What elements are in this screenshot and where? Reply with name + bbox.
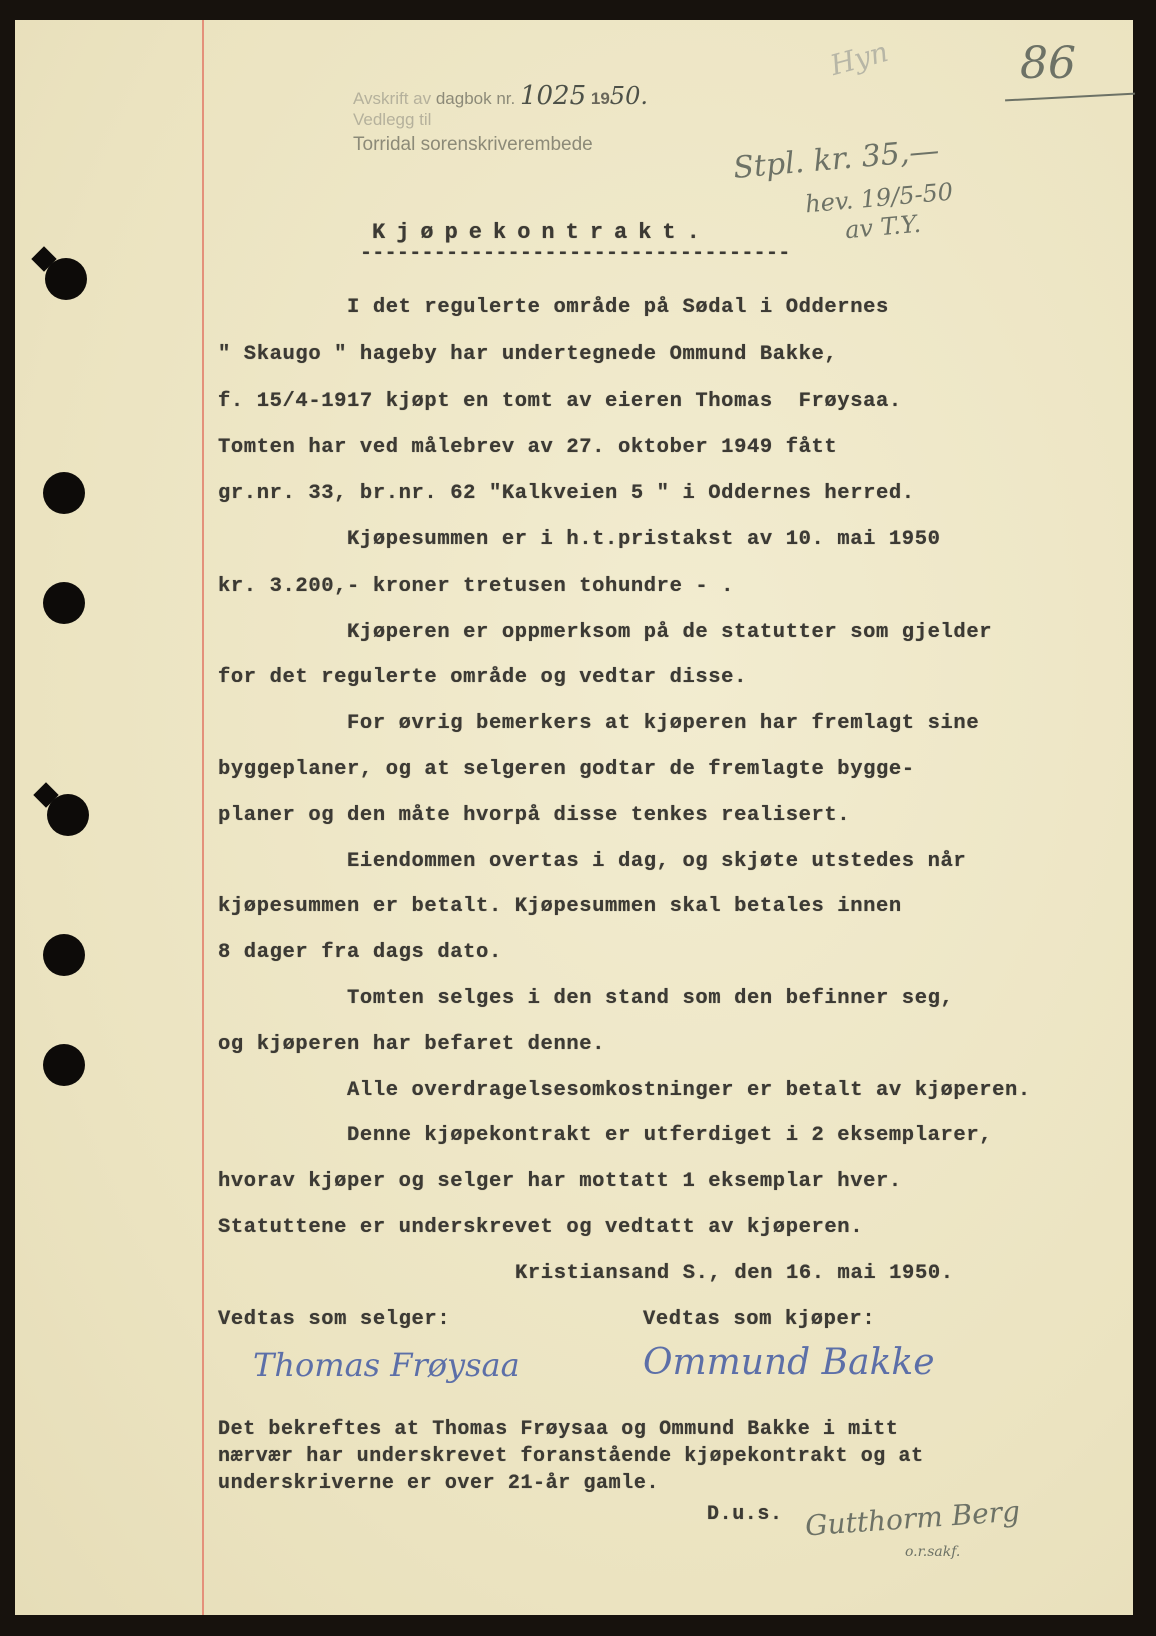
body-line: Kjøpesummen er i h.t.pristakst av 10. ma…	[218, 528, 941, 551]
body-line: Tomten selges i den stand som den befinn…	[218, 987, 953, 1010]
body-line: Kjøperen er oppmerksom på de statutter s…	[218, 621, 992, 644]
body-line: byggeplaner, og at selgeren godtar de fr…	[218, 758, 915, 781]
body-line: og kjøperen har befaret denne.	[218, 1033, 605, 1056]
seller-label: Vedtas som selger:	[218, 1308, 450, 1331]
body-line: Statuttene er underskrevet og vedtatt av…	[218, 1216, 863, 1239]
stamp-vedlegg: Vedlegg til	[353, 109, 648, 130]
body-line: 8 dager fra dags dato.	[218, 941, 502, 964]
body-line: hvorav kjøper og selger har mottatt 1 ek…	[218, 1170, 902, 1193]
attestation-line: Det bekreftes at Thomas Frøysaa og Ommun…	[218, 1418, 899, 1441]
body-line: f. 15/4-1917 kjøpt en tomt av eieren Tho…	[218, 390, 902, 413]
stamp-office: Torridal sorenskriverembede	[353, 134, 648, 155]
body-line: For øvrig bemerkers at kjøperen har frem…	[218, 712, 979, 735]
witness-note: o.r.sakf.	[905, 1544, 960, 1560]
stamp-dagbok-label: dagbok nr.	[436, 89, 515, 108]
punch-hole	[47, 794, 89, 836]
page-number: 86	[1020, 38, 1076, 89]
year-prefix: 19	[591, 89, 610, 108]
body-line: Tomten har ved målebrev av 27. oktober 1…	[218, 436, 837, 459]
place-date: Kristiansand S., den 16. mai 1950.	[515, 1262, 954, 1285]
stamp-avskrift: Avskrift av	[353, 89, 431, 108]
punch-hole	[43, 934, 85, 976]
year-suffix: 50.	[610, 82, 648, 110]
seller-signature: Thomas Frøysaa	[253, 1346, 520, 1384]
attestation-closing: D.u.s.	[707, 1503, 783, 1526]
body-line: " Skaugo " hageby har undertegnede Ommun…	[218, 343, 837, 366]
body-line: kjøpesummen er betalt. Kjøpesummen skal …	[218, 895, 902, 918]
punch-hole	[43, 582, 85, 624]
buyer-signature: Ommund Bakke	[643, 1342, 935, 1383]
witness-signature: Gutthorm Berg	[804, 1495, 1021, 1543]
body-line: for det regulerte område og vedtar disse…	[218, 666, 747, 689]
body-line: planer og den måte hvorpå disse tenkes r…	[218, 804, 850, 827]
body-line: Denne kjøpekontrakt er utferdiget i 2 ek…	[218, 1124, 992, 1147]
attestation-line: underskriverne er over 21-år gamle.	[218, 1472, 659, 1495]
body-line: I det regulerte område på Sødal i Oddern…	[218, 296, 889, 319]
body-line: gr.nr. 33, br.nr. 62 "Kalkveien 5 " i Od…	[218, 482, 915, 505]
punch-hole	[43, 1044, 85, 1086]
handwritten-initials: Hyn	[827, 35, 892, 82]
buyer-label: Vedtas som kjøper:	[643, 1308, 875, 1331]
margin-line	[202, 20, 204, 1615]
fee-note-line3: av T.Y.	[844, 210, 922, 245]
punch-hole	[43, 472, 85, 514]
body-line: Alle overdragelsesomkostninger er betalt…	[218, 1079, 1031, 1102]
fee-note-line1: Stpl. kr. 35,—	[732, 133, 941, 186]
body-line: kr. 3.200,- kroner tretusen tohundre - .	[218, 575, 734, 598]
attestation-line: nærvær har underskrevet foranstående kjø…	[218, 1445, 924, 1468]
header-stamp: Avskrift av dagbok nr. 1025 1950. Vedleg…	[353, 86, 648, 155]
title-underline: -----------------------------------	[360, 242, 791, 265]
dagbok-number: 1025	[520, 81, 586, 111]
page-number-underline	[1005, 93, 1135, 102]
body-line: Eiendommen overtas i dag, og skjøte utst…	[218, 850, 966, 873]
punch-hole	[45, 258, 87, 300]
document-page: Avskrift av dagbok nr. 1025 1950. Vedleg…	[15, 20, 1133, 1615]
